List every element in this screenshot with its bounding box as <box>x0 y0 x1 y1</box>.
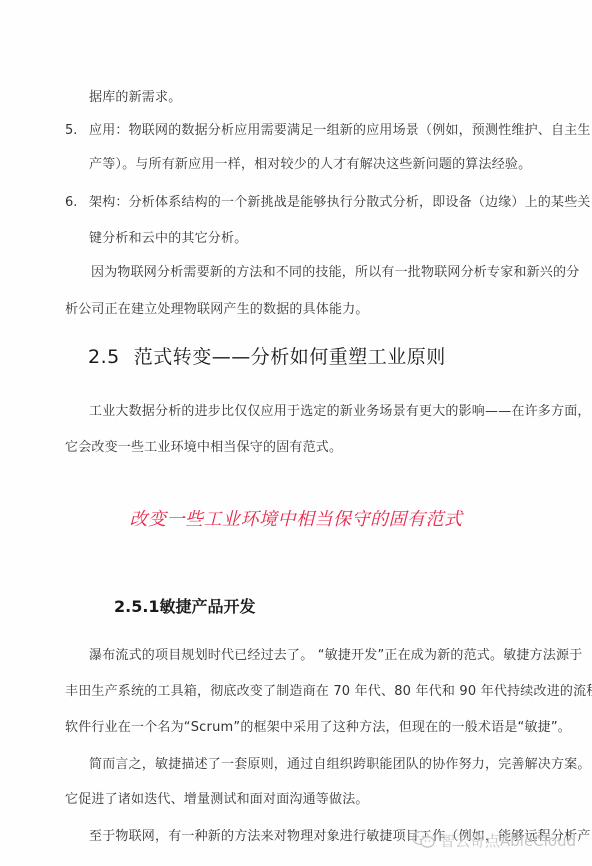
subsection-heading: 2.5.1敏捷产品开发 <box>114 597 256 617</box>
list-item-line: 键分析和云中的其它分析。 <box>89 231 247 247</box>
paragraph-line: 瀑布流式的项目规划时代已经过去了。 “敏捷开发”正在成为新的范式。敏捷方法源于 <box>89 648 582 664</box>
watermark-text: 智云奇点AbleCloud <box>440 830 576 851</box>
list-item-line: 产等）。与所有新应用一样，相对较少的人才有解决这些新问题的算法经验。 <box>89 157 531 173</box>
paragraph-line: 因为物联网分析需要新的方法和不同的技能，所以有一批物联网分析专家和新兴的分 <box>91 265 579 281</box>
section-number: 2.5 <box>88 346 120 368</box>
wechat-icon <box>412 830 436 850</box>
paragraph-line: 丰田生产系统的工具箱，彻底改变了制造商在 70 年代、80 年代和 90 年代持… <box>65 684 592 700</box>
list-number: 5. <box>65 123 77 139</box>
callout-quote: 改变一些工业环境中相当保守的固有范式 <box>0 508 592 532</box>
list-item-line: 应用：物联网的数据分析应用需要满足一组新的应用场景（例如，预测性维护、自主生 <box>89 123 591 139</box>
paragraph-line: 它会改变一些工业环境中相当保守的固有范式。 <box>65 440 342 456</box>
list-continuation: 据库的新需求。 <box>89 90 181 106</box>
paragraph-line: 软件行业在一个名为“Scrum”的框架中采用了这种方法，但现在的一般术语是“敏捷… <box>65 720 571 736</box>
paragraph-line: 析公司正在建立处理物联网产生的数据的具体能力。 <box>65 302 369 318</box>
watermark: 智云奇点AbleCloud <box>412 828 576 852</box>
paragraph-line: 工业大数据分析的进步比仅仅应用于选定的新业务场景有更大的影响——在许多方面， <box>89 404 591 420</box>
list-number: 6. <box>65 195 77 211</box>
paragraph-line: 它促进了诸如迭代、增量测试和面对面沟通等做法。 <box>65 792 369 808</box>
section-heading: 2.5范式转变——分析如何重塑工业原则 <box>88 345 446 369</box>
document-page: 据库的新需求。 5. 应用：物联网的数据分析应用需要满足一组新的应用场景（例如，… <box>0 0 592 866</box>
section-title: 范式转变——分析如何重塑工业原则 <box>134 346 446 368</box>
list-item-line: 架构：分析体系结构的一个新挑战是能够执行分散式分析，即设备（边缘）上的某些关 <box>89 195 591 211</box>
paragraph-line: 简而言之，敏捷描述了一套原则，通过自组织跨职能团队的协作努力，完善解决方案。 <box>89 757 591 773</box>
